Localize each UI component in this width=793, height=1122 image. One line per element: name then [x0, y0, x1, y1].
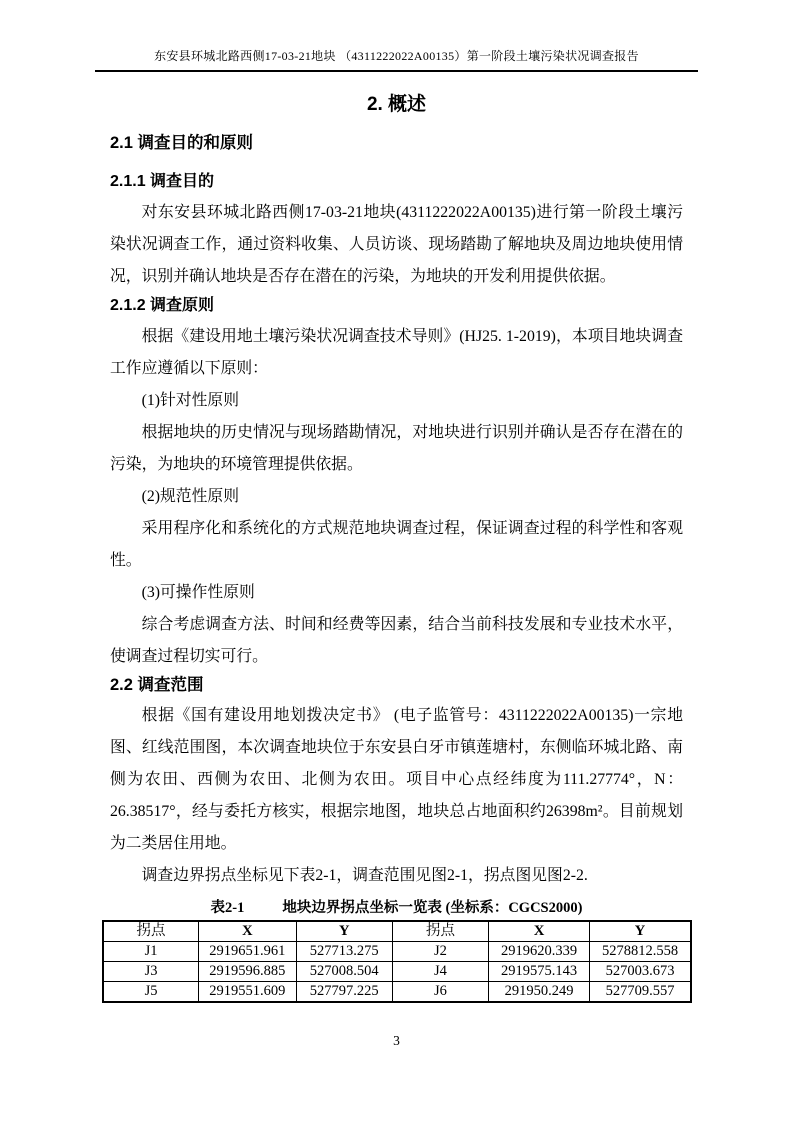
header-cell-point-2: 拐点 [392, 921, 488, 942]
table-cell: 2919551.609 [199, 982, 296, 1003]
page-number: 3 [0, 1033, 793, 1049]
table-cell: 2919620.339 [489, 942, 590, 962]
paragraph-principles-intro: 根据《建设用地土壤污染状况调查技术导则》(HJ25. 1-2019)，本项目地块… [110, 321, 683, 385]
header-cell-y-1: Y [296, 921, 392, 942]
paragraph-table-reference: 调查边界拐点坐标见下表2-1，调查范围见图2-1，拐点图见图2-2. [110, 860, 683, 892]
table-cell: 2919651.961 [199, 942, 296, 962]
table-cell: 527797.225 [296, 982, 392, 1003]
header-cell-y-2: Y [590, 921, 691, 942]
paragraph-principle-1: 根据地块的历史情况与现场踏勘情况，对地块进行识别并确认是否存在潜在的污染，为地块… [110, 417, 683, 481]
table-cell: J2 [392, 942, 488, 962]
chapter-title: 2. 概述 [110, 92, 683, 118]
table-cell: 527003.673 [590, 962, 691, 982]
table-cell: 291950.249 [489, 982, 590, 1003]
table-caption: 表2-1地块边界拐点坐标一览表 (坐标系：CGCS2000) [110, 898, 683, 918]
paragraph-scope: 根据《国有建设用地划拨决定书》 (电子监管号：4311222022A00135)… [110, 700, 683, 860]
document-body: 2. 概述 2.1 调查目的和原则 2.1.1 调查目的 对东安县环城北路西侧1… [110, 92, 683, 1003]
table-row: J3 2919596.885 527008.504 J4 2919575.143… [103, 962, 691, 982]
table-cell: J4 [392, 962, 488, 982]
table-header-row: 拐点 X Y 拐点 X Y [103, 921, 691, 942]
table-row: J5 2919551.609 527797.225 J6 291950.249 … [103, 982, 691, 1003]
principle-1-heading: (1)针对性原则 [110, 385, 683, 417]
header-rule [95, 70, 698, 72]
table-cell: J3 [103, 962, 199, 982]
header-cell-x-1: X [199, 921, 296, 942]
table-cell: J5 [103, 982, 199, 1003]
paragraph-principle-2: 采用程序化和系统化的方式规范地块调查过程，保证调查过程的科学性和客观性。 [110, 513, 683, 577]
table-cell: 2919575.143 [489, 962, 590, 982]
principle-2-heading: (2)规范性原则 [110, 481, 683, 513]
paragraph-principle-3: 综合考虑调查方法、时间和经费等因素，结合当前科技发展和专业技术水平，使调查过程切… [110, 609, 683, 673]
table-cell: 5278812.558 [590, 942, 691, 962]
table-cell: 527709.557 [590, 982, 691, 1003]
table-cell: J1 [103, 942, 199, 962]
section-heading-2-1: 2.1 调查目的和原则 [110, 132, 683, 154]
header-cell-x-2: X [489, 921, 590, 942]
coordinate-table: 拐点 X Y 拐点 X Y J1 2919651.961 527713.275 … [102, 920, 692, 1003]
section-heading-2-2: 2.2 调查范围 [110, 674, 683, 696]
header-cell-point-1: 拐点 [103, 921, 199, 942]
table-row: J1 2919651.961 527713.275 J2 2919620.339… [103, 942, 691, 962]
table-cell: J6 [392, 982, 488, 1003]
paragraph-purpose: 对东安县环城北路西侧17-03-21地块(4311222022A00135)进行… [110, 197, 683, 293]
table-cell: 2919596.885 [199, 962, 296, 982]
report-page: 东安县环城北路西侧17-03-21地块 （4311222022A00135）第一… [0, 0, 793, 1122]
table-caption-title: 地块边界拐点坐标一览表 (坐标系：CGCS2000) [282, 900, 582, 916]
table-cell: 527008.504 [296, 962, 392, 982]
principle-3-heading: (3)可操作性原则 [110, 577, 683, 609]
table-caption-label: 表2-1 [211, 900, 245, 916]
subsection-heading-2-1-1: 2.1.1 调查目的 [110, 171, 683, 193]
coordinate-table-head: 拐点 X Y 拐点 X Y [103, 921, 691, 942]
coordinate-table-body: J1 2919651.961 527713.275 J2 2919620.339… [103, 942, 691, 1003]
subsection-heading-2-1-2: 2.1.2 调查原则 [110, 295, 683, 317]
table-cell: 527713.275 [296, 942, 392, 962]
running-header: 东安县环城北路西侧17-03-21地块 （4311222022A00135）第一… [0, 0, 793, 64]
